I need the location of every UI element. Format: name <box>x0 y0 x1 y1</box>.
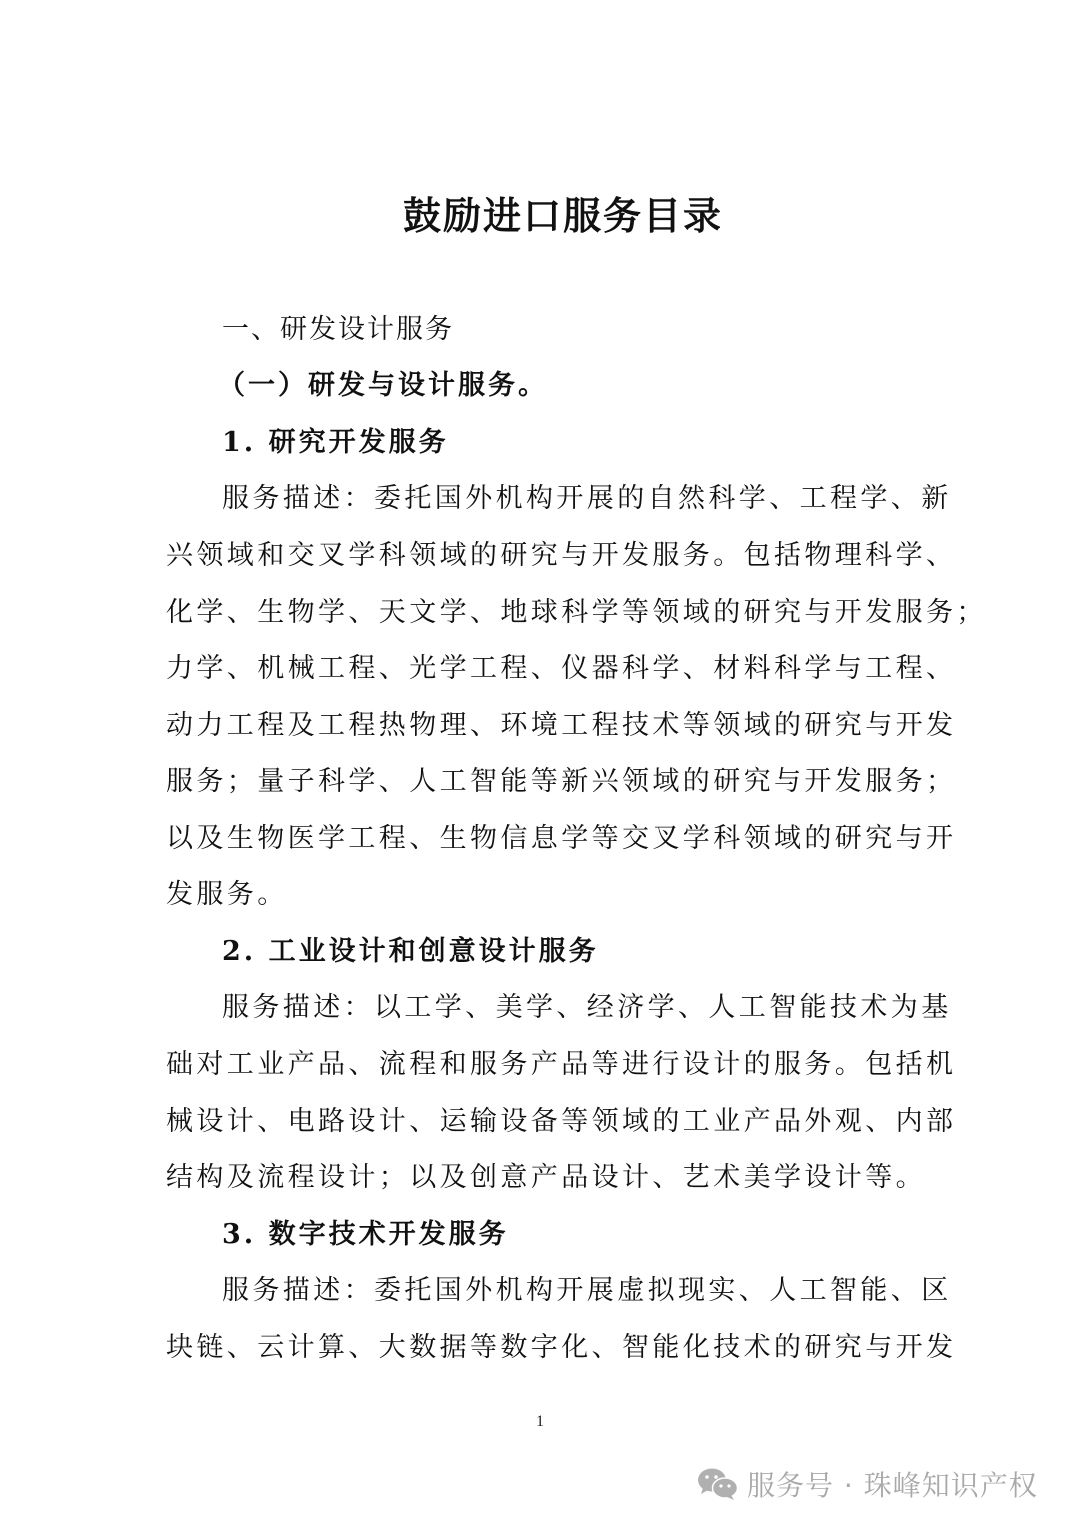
document-title: 鼓励进口服务目录 <box>0 188 1080 244</box>
paragraph-line: 以及生物医学工程、生物信息学等交叉学科领域的研究与开 <box>166 819 926 859</box>
paragraph-line: 服务描述：委托国外机构开展虚拟现实、人工智能、区 <box>222 1271 982 1311</box>
paragraph-line: 服务描述：委托国外机构开展的自然科学、工程学、新 <box>222 479 982 519</box>
item-heading-2: 2. 工业设计和创意设计服务 <box>222 932 982 972</box>
watermark-text: 服务号 · 珠峰知识产权 <box>747 1464 1038 1504</box>
wechat-icon <box>697 1467 739 1501</box>
page-number: 1 <box>530 1410 550 1434</box>
item-heading-3: 3. 数字技术开发服务 <box>222 1215 982 1255</box>
paragraph-line: 力学、机械工程、光学工程、仪器科学、材料科学与工程、 <box>166 649 926 689</box>
document-page: 鼓励进口服务目录 一、研发设计服务 （一）研发与设计服务。 1. 研究开发服务 … <box>0 0 1080 1527</box>
paragraph-line: 结构及流程设计；以及创意产品设计、艺术美学设计等。 <box>166 1158 926 1198</box>
paragraph-line: 兴领域和交叉学科领域的研究与开发服务。包括物理科学、 <box>166 536 926 576</box>
paragraph-line: 械设计、电路设计、运输设备等领域的工业产品外观、内部 <box>166 1102 926 1142</box>
item-heading-1: 1. 研究开发服务 <box>222 423 982 463</box>
subsection-heading: （一）研发与设计服务。 <box>218 366 978 406</box>
paragraph-line: 发服务。 <box>166 875 926 915</box>
paragraph-line: 础对工业产品、流程和服务产品等进行设计的服务。包括机 <box>166 1045 926 1085</box>
section-heading: 一、研发设计服务 <box>222 310 982 350</box>
paragraph-line: 服务描述：以工学、美学、经济学、人工智能技术为基 <box>222 988 982 1028</box>
paragraph-line: 服务；量子科学、人工智能等新兴领域的研究与开发服务； <box>166 762 926 802</box>
watermark: 服务号 · 珠峰知识产权 <box>697 1466 1038 1502</box>
paragraph-line: 化学、生物学、天文学、地球科学等领域的研究与开发服务； <box>166 593 926 633</box>
paragraph-line: 块链、云计算、大数据等数字化、智能化技术的研究与开发 <box>166 1328 926 1368</box>
paragraph-line: 动力工程及工程热物理、环境工程技术等领域的研究与开发 <box>166 706 926 746</box>
